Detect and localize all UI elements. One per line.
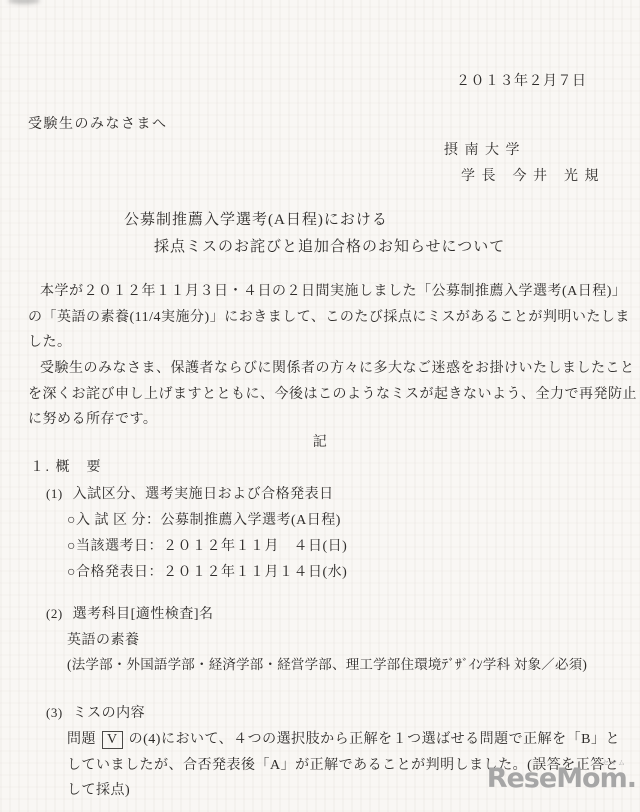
scanned-notice-document: ２０１３年２月７日 受験生のみなさまへ 摂 南 大 学 学 長 今 井 光 規 …	[0, 0, 640, 812]
item1-row-exam-date: ○当該選考日：２０１２年１１月 ４日(日)	[67, 538, 347, 556]
item3-heading: (3)ミスの内容	[46, 705, 145, 723]
sender-university: 摂 南 大 学	[444, 142, 521, 160]
apology-paragraph1-line2: の「英語の素養(11/4実施分)」におきまして、このたび採点にミスがあることが判…	[28, 309, 630, 327]
sender-president: 学 長 今 井 光 規	[461, 168, 600, 186]
item1-heading: (1)入試区分、選考実施日および合格発表日	[46, 486, 334, 504]
item3-heading-text: ミスの内容	[73, 706, 146, 721]
apology-paragraph2-line1: 受験生のみなさま、保護者ならびに関係者の方々に多大なご迷惑をお掛けいたしましたこ…	[40, 360, 635, 378]
section1-heading: １. 概 要	[30, 459, 102, 477]
salutation: 受験生のみなさまへ	[28, 116, 168, 134]
item1-heading-text: 入試区分、選考実施日および合格発表日	[73, 487, 334, 502]
item3-line1-prefix: 問題	[67, 732, 96, 747]
boxed-question-number: V	[102, 731, 123, 749]
item1-number: (1)	[46, 486, 63, 502]
item2-scope: (法学部・外国語学部・経済学部・経営学部、理工学部住環境ﾃﾞｻﾞｲﾝ学科 対象／…	[67, 657, 587, 674]
apology-paragraph2-line3: に努める所存です。	[28, 411, 157, 429]
item1-row-exam-category: ○入 試 区 分：公募制推薦入学選考(A日程)	[67, 512, 341, 530]
item3-line1-suffix: の(4)において、４つの選択肢から正解を１つ選ばせる問題で正解を「B」と	[129, 732, 620, 747]
apology-paragraph1-line3: した。	[28, 334, 72, 352]
ki-marker: 記	[0, 434, 640, 452]
item3-detail-line3: して採点)	[67, 782, 130, 800]
item3-number: (3)	[46, 705, 63, 721]
item3-detail-line1: 問題Vの(4)において、４つの選択肢から正解を１つ選ばせる問題で正解を「B」と	[67, 731, 620, 749]
document-title-line2: 採点ミスのお詫びと追加合格のお知らせについて	[154, 238, 505, 257]
document-title-line1: 公募制推薦入学選考(A日程)における	[124, 211, 388, 230]
item2-number: (2)	[46, 606, 63, 622]
apology-paragraph2-line2: を深くお詫び申し上げますとともに、今後はこのようなミスが起きないよう、全力で再発…	[28, 386, 637, 404]
apology-paragraph1-line1: 本学が２０１２年１１月３日・４日の２日間実施しました「公募制推薦入学選考(A日程…	[40, 283, 626, 301]
item1-row-announce-date: ○合格発表日：２０１２年１１月１４日(水)	[67, 564, 347, 582]
document-date: ２０１３年２月７日	[456, 73, 587, 91]
scan-artifact-smudge	[8, 0, 40, 4]
resemom-ruby-text: リセマム	[594, 758, 626, 768]
item2-heading-text: 選考科目[適性検査]名	[73, 607, 214, 622]
item2-subject: 英語の素養	[67, 632, 140, 650]
item2-heading: (2)選考科目[適性検査]名	[46, 606, 214, 624]
resemom-watermark-logo: リセマム ReseMom.	[487, 763, 636, 794]
